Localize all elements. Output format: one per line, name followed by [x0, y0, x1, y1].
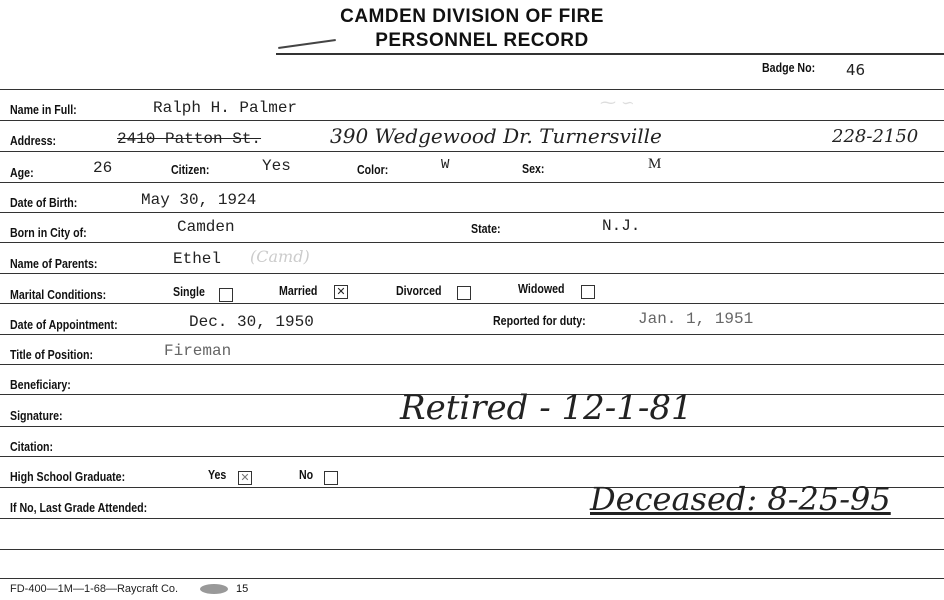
- born-city-label: Born in City of:: [10, 226, 87, 240]
- reported-label: Reported for duty:: [493, 314, 586, 328]
- divider: [0, 426, 944, 427]
- address-label: Address:: [10, 134, 56, 148]
- sex-label: Sex:: [522, 162, 544, 176]
- divorced-checkbox[interactable]: [457, 286, 471, 300]
- married-checkbox[interactable]: ✕: [334, 285, 348, 299]
- page-title: CAMDEN DIVISION OF FIRE: [0, 6, 944, 28]
- last-grade-label: If No, Last Grade Attended:: [10, 501, 147, 515]
- union-bug-logo-icon: [200, 584, 228, 594]
- phone-value[interactable]: 228-2150: [832, 126, 918, 147]
- sex-value[interactable]: M: [648, 156, 661, 173]
- appointment-value[interactable]: Dec. 30, 1950: [189, 313, 314, 331]
- citation-label: Citation:: [10, 440, 53, 454]
- beneficiary-label: Beneficiary:: [10, 378, 71, 392]
- state-label: State:: [471, 222, 501, 236]
- parents-value[interactable]: Ethel: [173, 250, 221, 268]
- age-value[interactable]: 26: [93, 159, 112, 177]
- address-new-value[interactable]: 390 Wedgewood Dr. Turnersville: [330, 124, 662, 148]
- signature-value[interactable]: Retired - 12-1-81: [400, 388, 693, 428]
- single-checkbox[interactable]: [219, 288, 233, 302]
- single-label: Single: [173, 285, 205, 299]
- badge-label: Badge No:: [762, 61, 815, 75]
- divider: [0, 303, 944, 304]
- name-label: Name in Full:: [10, 103, 77, 117]
- address-old-value[interactable]: 2410 Patton St.: [117, 130, 261, 148]
- widowed-checkbox[interactable]: [581, 285, 595, 299]
- divider: [0, 182, 944, 183]
- divider: [0, 151, 944, 152]
- hs-grad-label: High School Graduate:: [10, 470, 125, 484]
- color-label: Color:: [357, 163, 388, 177]
- hs-yes-label: Yes: [208, 468, 226, 482]
- reported-value[interactable]: Jan. 1, 1951: [638, 310, 753, 328]
- dob-value[interactable]: May 30, 1924: [141, 191, 256, 209]
- color-value[interactable]: W: [441, 157, 449, 173]
- parents-label: Name of Parents:: [10, 257, 97, 271]
- divider: [0, 549, 944, 550]
- citizen-value[interactable]: Yes: [262, 157, 291, 175]
- hs-no-checkbox[interactable]: [324, 471, 338, 485]
- last-grade-value[interactable]: Deceased: 8-25-95: [590, 480, 891, 518]
- parents-faint-value: (Camd): [250, 247, 310, 266]
- divider: [0, 578, 944, 579]
- divider: [0, 273, 944, 274]
- divider: [0, 120, 944, 121]
- badge-value[interactable]: 46: [846, 61, 865, 79]
- divider: [0, 518, 944, 519]
- married-label: Married: [279, 284, 317, 298]
- marital-label: Marital Conditions:: [10, 288, 106, 302]
- hs-no-label: No: [299, 468, 313, 482]
- name-value[interactable]: Ralph H. Palmer: [153, 99, 297, 117]
- divider: [0, 334, 944, 335]
- born-city-value[interactable]: Camden: [177, 218, 235, 236]
- state-value[interactable]: N.J.: [602, 217, 640, 235]
- divider: [0, 212, 944, 213]
- divider: [0, 456, 944, 457]
- divider: [0, 89, 944, 90]
- divider: [0, 242, 944, 243]
- hs-yes-checkbox[interactable]: ✕: [238, 471, 252, 485]
- citizen-label: Citizen:: [171, 163, 209, 177]
- divorced-label: Divorced: [396, 284, 441, 298]
- form-code: FD-400—1M—1-68—Raycraft Co.: [10, 583, 178, 595]
- age-label: Age:: [10, 166, 34, 180]
- divider: [0, 364, 944, 365]
- page-subtitle: PERSONNEL RECORD: [10, 30, 944, 52]
- position-value[interactable]: Fireman: [164, 342, 231, 360]
- signature-label: Signature:: [10, 409, 63, 423]
- dob-label: Date of Birth:: [10, 196, 77, 210]
- position-label: Title of Position:: [10, 348, 93, 362]
- appointment-label: Date of Appointment:: [10, 318, 118, 332]
- widowed-label: Widowed: [518, 282, 565, 296]
- page-number: 15: [236, 583, 248, 595]
- divider: [276, 53, 944, 55]
